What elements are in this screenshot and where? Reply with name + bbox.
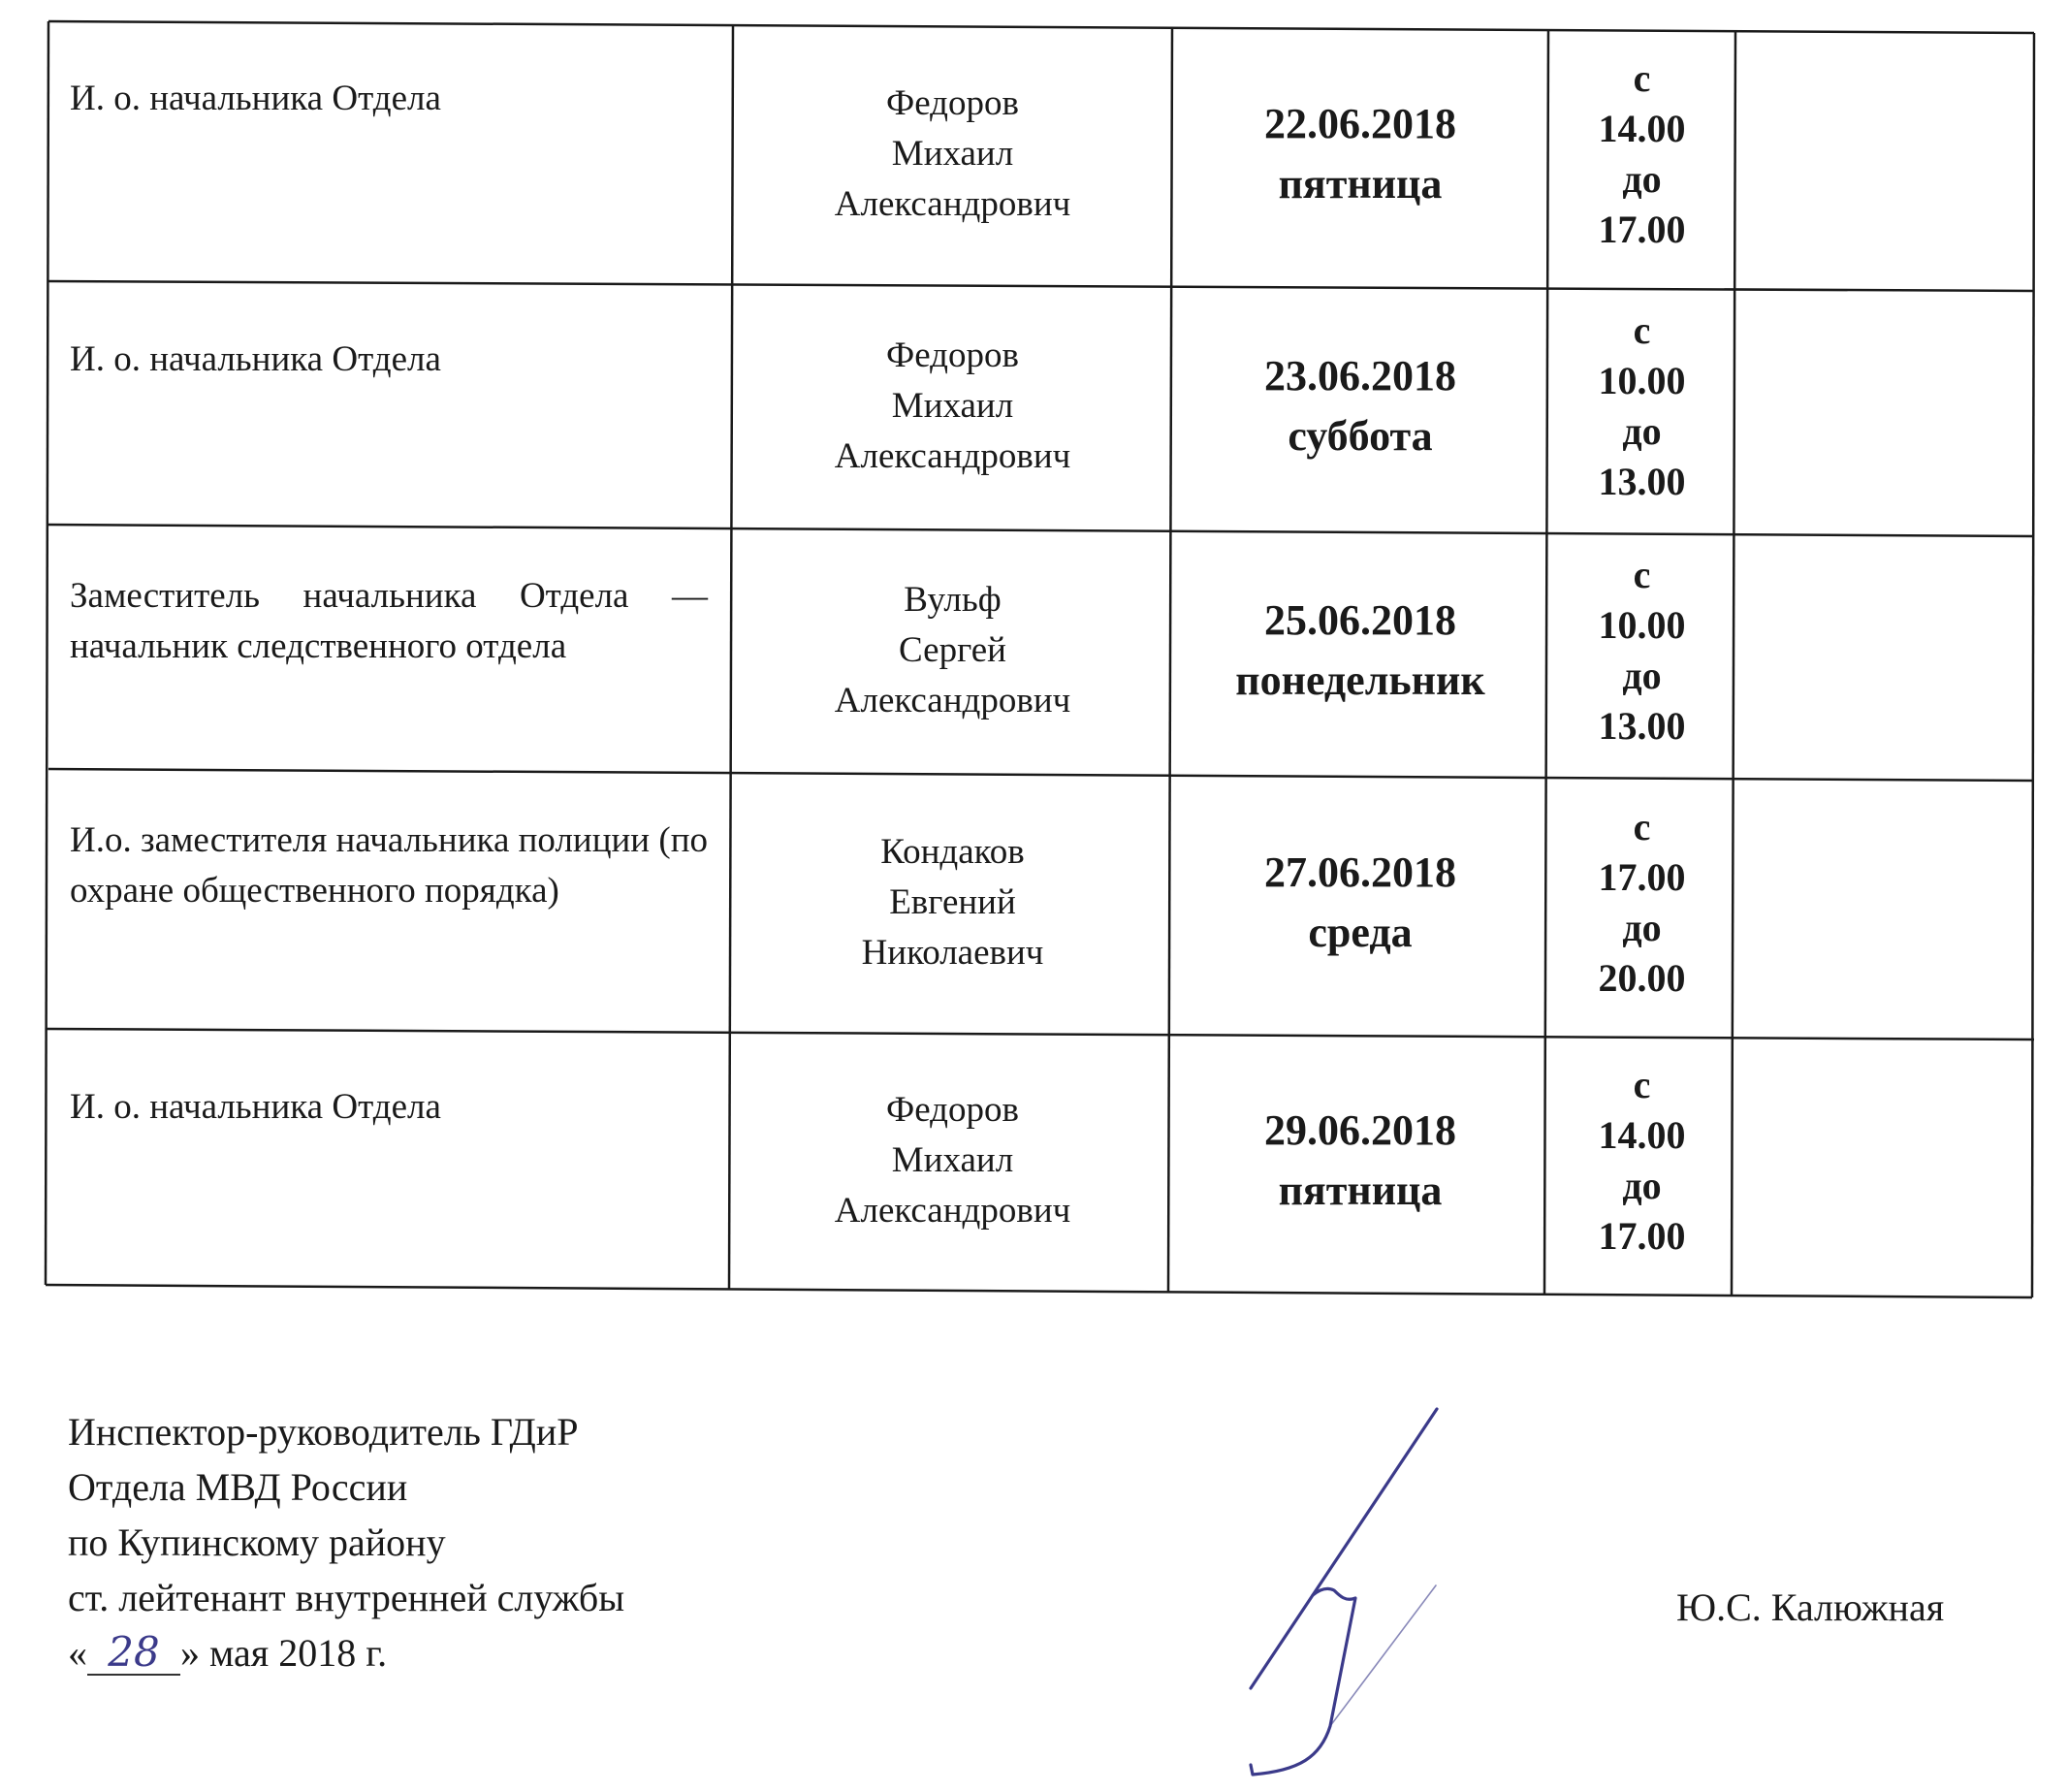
handwritten-signature: [0, 0, 2068, 1792]
signer-name: Ю.С. Калюжная: [1676, 1584, 1944, 1630]
